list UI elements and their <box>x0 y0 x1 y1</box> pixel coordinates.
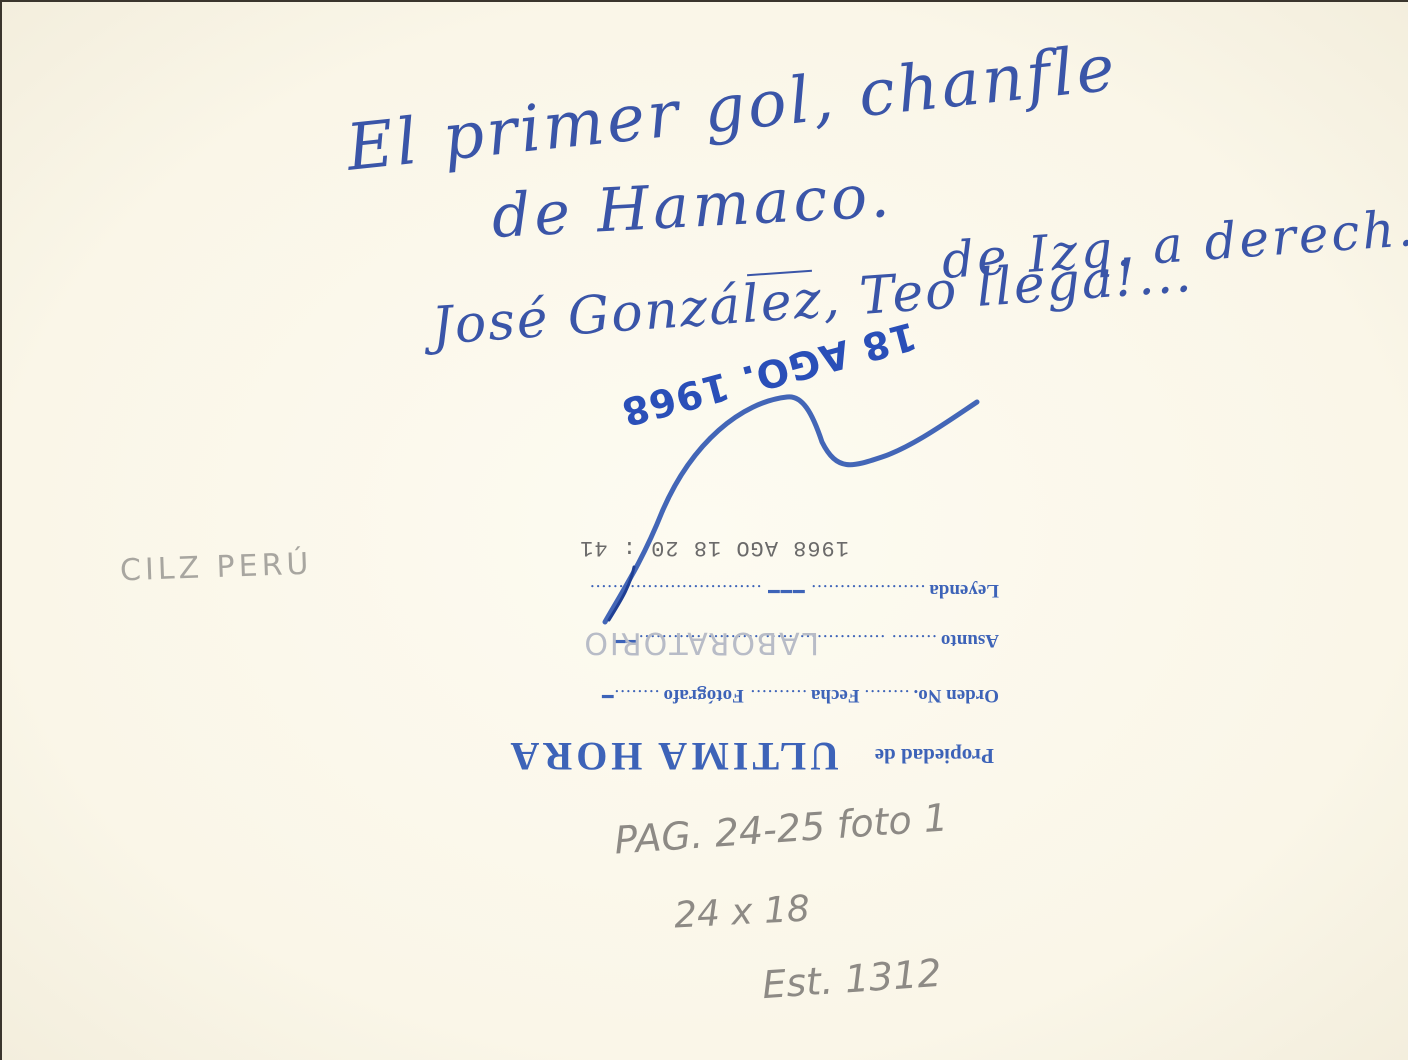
handwriting-line-2: de Hamaco. <box>490 161 895 252</box>
stamp-row-orden: Orden No. ........ Fecha .......... Fotó… <box>454 684 999 707</box>
stamp-field-fotografo: Fotógrafo <box>664 685 744 706</box>
photo-back-paper: El primer gol, chanfle de Hamaco. de Izq… <box>0 0 1408 1060</box>
stamp-title-row: Propiedad de ULTIMA HORA <box>454 738 999 782</box>
stamp-field-fecha: Fecha <box>811 685 860 706</box>
stamp-field-asunto: Asunto <box>941 630 999 651</box>
machine-printed-date: 1968 AGO 18 20 : 41 <box>579 535 849 560</box>
stamp-asunto-value: LABORATORIO <box>582 625 819 660</box>
ownership-stamp: Propiedad de ULTIMA HORA Orden No. .....… <box>454 522 999 782</box>
pencil-note-archive-ref: Est. 1312 <box>761 951 943 1007</box>
stamp-field-leyenda: Leyenda <box>929 580 999 601</box>
pencil-note-side: CILZ PERÚ <box>119 547 313 589</box>
stamp-row-leyenda: Leyenda .................... ━━━ .......… <box>454 579 999 602</box>
stamp-field-orden: Orden No. <box>914 685 1000 706</box>
stamp-prefix: Propiedad de <box>875 743 994 768</box>
stamp-publication-name: ULTIMA HORA <box>506 733 839 780</box>
handwriting-line-1: El primer gol, chanfle <box>343 31 1121 186</box>
pencil-note-size: 24 x 18 <box>673 888 811 936</box>
pencil-note-page-ref: PAG. 24-25 foto 1 <box>613 795 949 862</box>
